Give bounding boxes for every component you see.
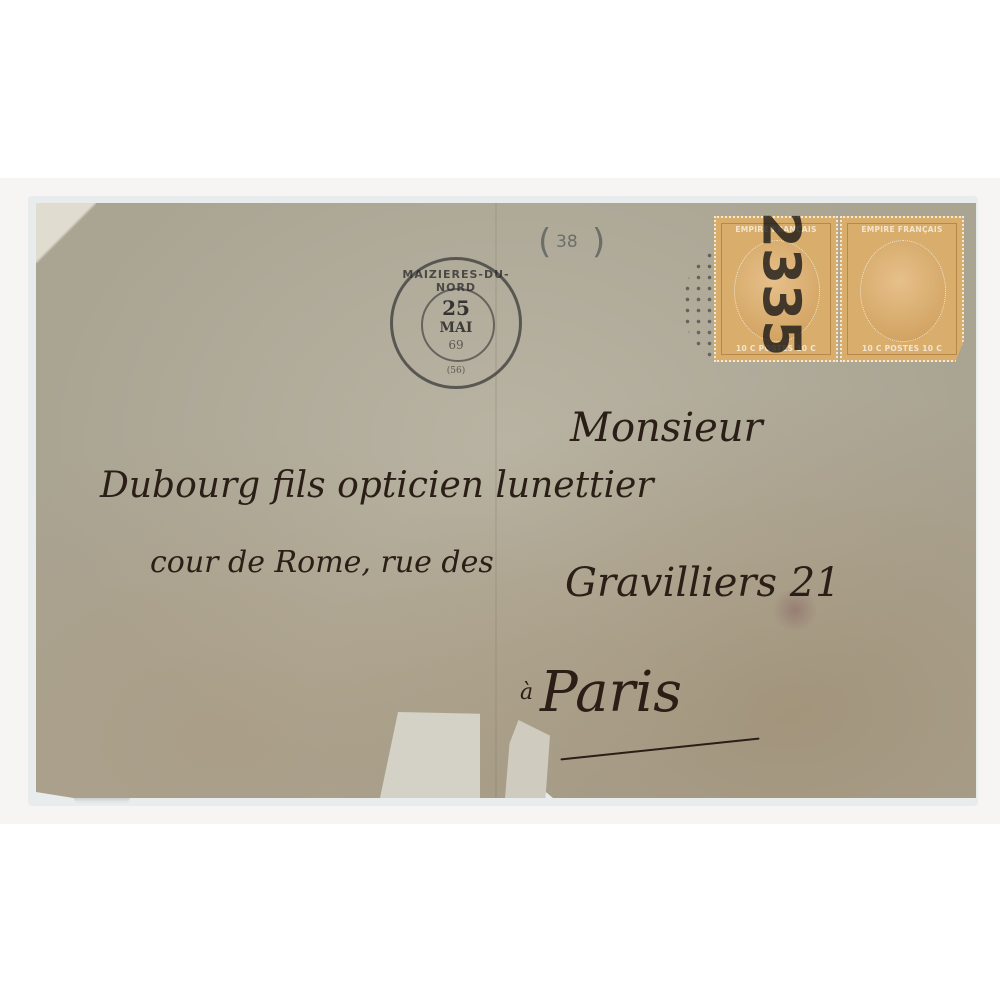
postmark-day: 25 [393, 296, 519, 320]
address-city: Paris [540, 660, 682, 725]
address-line-3: Gravilliers 21 [565, 560, 841, 606]
address-prefix: à [520, 680, 533, 705]
circular-postmark: MAIZIERES-DU-NORD 25 MAI 69 (56) [390, 257, 522, 389]
corner-fold [36, 203, 96, 263]
postmark-town: MAIZIERES-DU-NORD [393, 268, 519, 294]
napoleon-portrait-icon [860, 240, 946, 342]
postmark-month: MAI [393, 320, 519, 336]
stamp-left: EMPIRE FRANÇAIS 10 C POSTES 10 C 2335 [714, 216, 838, 362]
postmark-department: (56) [393, 366, 519, 376]
pencil-paren-right: ) [592, 222, 605, 262]
stamp-right: EMPIRE FRANÇAIS 10 C POSTES 10 C 2335 [840, 216, 964, 362]
pencil-annotation: ( 38 ) [538, 222, 600, 270]
address-line-2: cour de Rome, rue des [150, 545, 494, 580]
address-line-1: Dubourg fils opticien lunettier [100, 465, 654, 506]
numeral-cancel: 2335 [750, 212, 810, 357]
address-salutation: Monsieur [570, 405, 763, 451]
stamp-bottom-text: 10 C POSTES 10 C [842, 344, 962, 353]
stamp-pair: EMPIRE FRANÇAIS 10 C POSTES 10 C 2335 EM… [714, 216, 964, 362]
pencil-number: 38 [556, 232, 578, 252]
postmark-year: 69 [393, 338, 519, 352]
stamp-top-text: EMPIRE FRANÇAIS [842, 225, 962, 234]
pencil-paren-left: ( [538, 222, 551, 262]
